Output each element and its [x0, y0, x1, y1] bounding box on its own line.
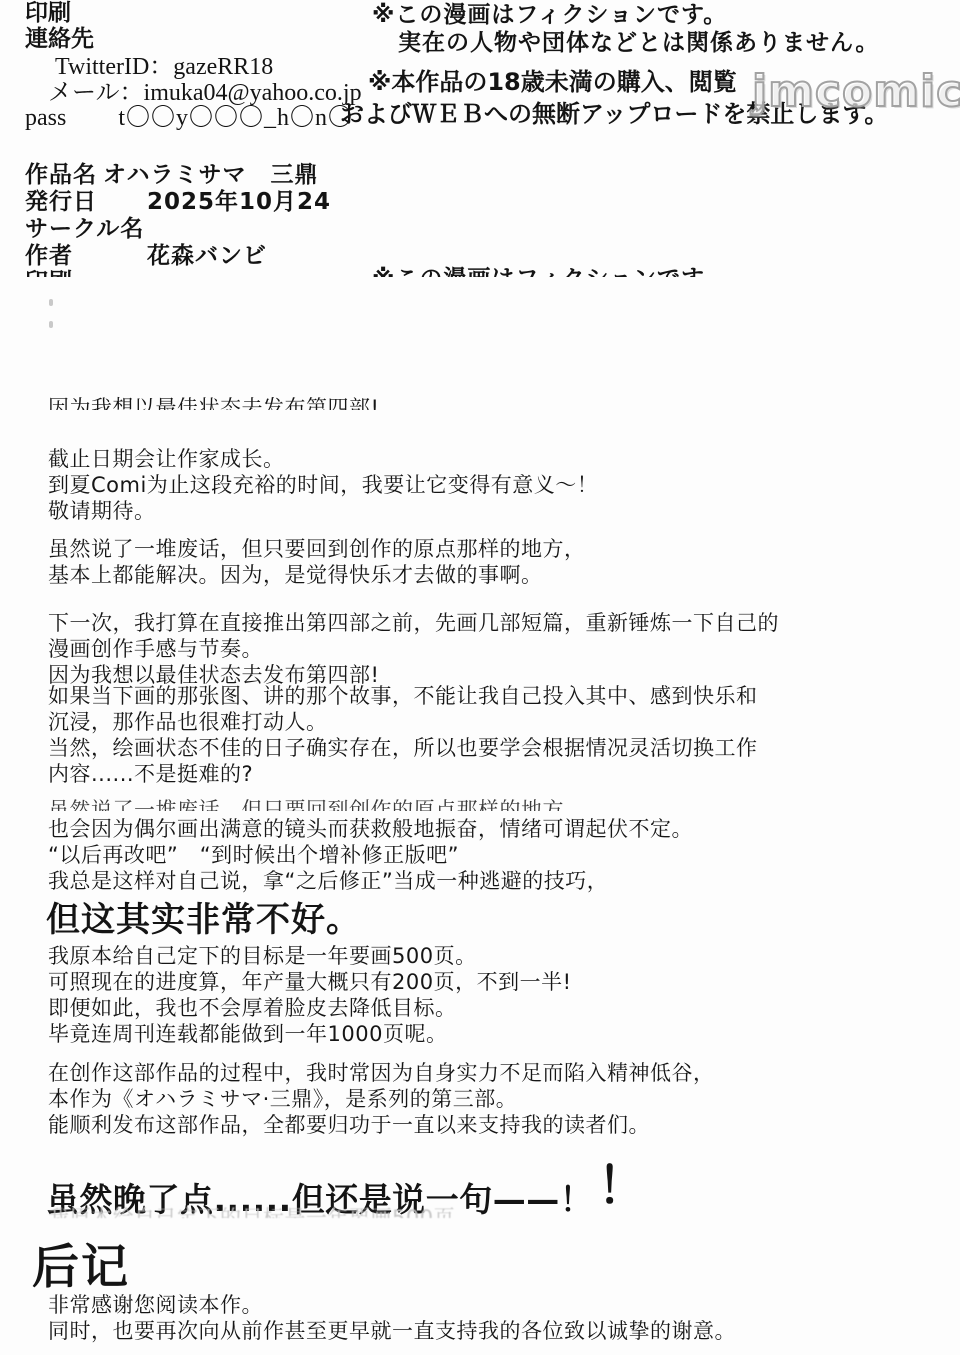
text-line: 也会因为偶尔画出满意的镜头而获救般地振奋，情绪可谓起伏不定。: [48, 816, 693, 842]
fiction-notice-line2: 実在の人物や団体などとは関係ありません。: [398, 24, 879, 57]
text-line: 可照现在的进度算，年产量大概只有200页，不到一半!: [48, 969, 572, 995]
text-line: 我原本给自己定下的目标是一年要画500页。: [48, 1206, 477, 1218]
scan-speck: [49, 299, 53, 306]
text-line: 虽然说了一堆废话，但只要回到创作的原点那样的地方，: [48, 536, 586, 562]
paragraph-series-info: 在创作这部作品的过程中，我时常因为自身实力不足而陷入精神低谷，本作为《オハラミサ…: [48, 1060, 715, 1138]
text-line: 我总是这样对自己说，拿“之后修正”当成一种逃避的技巧，: [48, 868, 693, 894]
text-line: 到夏Comi为止这段充裕的时间，我要让它变得有意义～！: [48, 472, 598, 498]
text-line: 我原本给自己定下的目标是一年要画500页。: [48, 943, 572, 969]
publish-date-value: 2025年10月24: [147, 183, 331, 216]
text-line: 本作为《オハラミサマ·三鼎》，是系列的第三部。: [48, 1086, 715, 1112]
text-line: 非常感谢您阅读本作。: [48, 1292, 736, 1318]
clipped-fiction-notice: ※この漫画はフィクションです: [372, 260, 705, 277]
text-line: 能顺利发布这部作品，全都要归功于一直以来支持我的读者们。: [48, 1112, 715, 1138]
print-row-label: 印刷: [25, 263, 73, 277]
text-line: 虽然说了一堆废话，但只要回到创作的原点那样的地方…… ………: [48, 798, 679, 811]
text-line: 当然，绘画状态不佳的日子确实存在，所以也要学会根据情况灵活切换工作: [48, 735, 758, 761]
text-line: 敬请期待。: [48, 498, 598, 524]
text-line: 毕竟连周刊连载都能做到一年1000页呢。: [48, 1021, 572, 1047]
paragraph-immersion: 如果当下画的那张图、讲的那个故事，不能让我自己投入其中、感到快乐和沉浸，那作品也…: [48, 683, 758, 787]
text-line: 下一次，我打算在直接推出第四部之前，先画几部短篇，重新锤炼一下自己的: [48, 610, 779, 636]
text-line: 截止日期会让作家成长。: [48, 446, 598, 472]
paragraph-nonsense: 虽然说了一堆废话，但只要回到创作的原点那样的地方，基本上都能解决。因为，是觉得快…: [48, 536, 586, 588]
big-exclamation: ！: [597, 1157, 648, 1215]
paragraph-page-goal: 我原本给自己定下的目标是一年要画500页。可照现在的进度算，年产量大概只有200…: [48, 943, 572, 1047]
site-watermark: jmcomic: [752, 66, 960, 117]
ghost-line: 我原本给自己定下的目标是一年要画500页。: [48, 1205, 477, 1218]
paragraph-mood: 也会因为偶尔画出满意的镜头而获救般地振奋，情绪可谓起伏不定。“以后再改吧” “到…: [48, 816, 693, 894]
afterword-heading: 后记: [32, 1230, 130, 1297]
author-value: 花森バンビ: [147, 237, 267, 270]
text-line: 因为我想以最佳状态去发布第四部!: [48, 396, 379, 410]
password-label: pass: [25, 105, 66, 131]
text-line: 即便如此，我也不会厚着脸皮去降低目标。: [48, 995, 572, 1021]
emphasis-statement: 但这其实非常不好。: [46, 892, 361, 941]
text-line: 沉浸，那作品也很难打动人。: [48, 709, 758, 735]
text-line: 同时，也要再次向从前作甚至更早就一直支持我的各位致以诚挚的谢意。: [48, 1318, 736, 1344]
paragraph-thanks: 非常感谢您阅读本作。同时，也要再次向从前作甚至更早就一直支持我的各位致以诚挚的谢…: [48, 1292, 736, 1344]
scan-speck: [49, 321, 53, 328]
paragraph-next-plans: 下一次，我打算在直接推出第四部之前，先画几部短篇，重新锤炼一下自己的漫画创作手感…: [48, 610, 779, 688]
clipped-text-line: 虽然说了一堆废话，但只要回到创作的原点那样的地方…… ………: [48, 798, 679, 811]
password-line: passt〇〇y〇〇〇_h〇n〇: [25, 97, 353, 132]
age-notice-line1: ※本作品の18歳未満の購入、閲覧: [368, 62, 737, 97]
text-line: “以后再改吧” “到时候出个增补修正版吧”: [48, 842, 693, 868]
publication-info: 作品名 オハラミサマ 三鼎 発行日 2025年10月24 サークル名 作者 花森…: [0, 156, 960, 277]
text-line: 如果当下画的那张图、讲的那个故事，不能让我自己投入其中、感到快乐和: [48, 683, 758, 709]
paragraph-deadline: 截止日期会让作家成长。到夏Comi为止这段充裕的时间，我要让它变得有意义～！敬请…: [48, 446, 598, 524]
text-line: 基本上都能解决。因为，是觉得快乐才去做的事啊。: [48, 562, 586, 588]
clipped-text-line: 因为我想以最佳状态去发布第四部!: [48, 396, 379, 410]
text-line: 内容......不是挺难的?: [48, 761, 758, 787]
text-line: 漫画创作手感与节奏。: [48, 636, 779, 662]
afterword-page: 印刷 連絡先 TwitterID：gazeRR18 メール：imuka04@ya…: [0, 0, 960, 1355]
password-value: t〇〇y〇〇〇_h〇n〇: [118, 105, 353, 131]
text-line: 在创作这部作品的过程中，我时常因为自身实力不足而陷入精神低谷，: [48, 1060, 715, 1086]
